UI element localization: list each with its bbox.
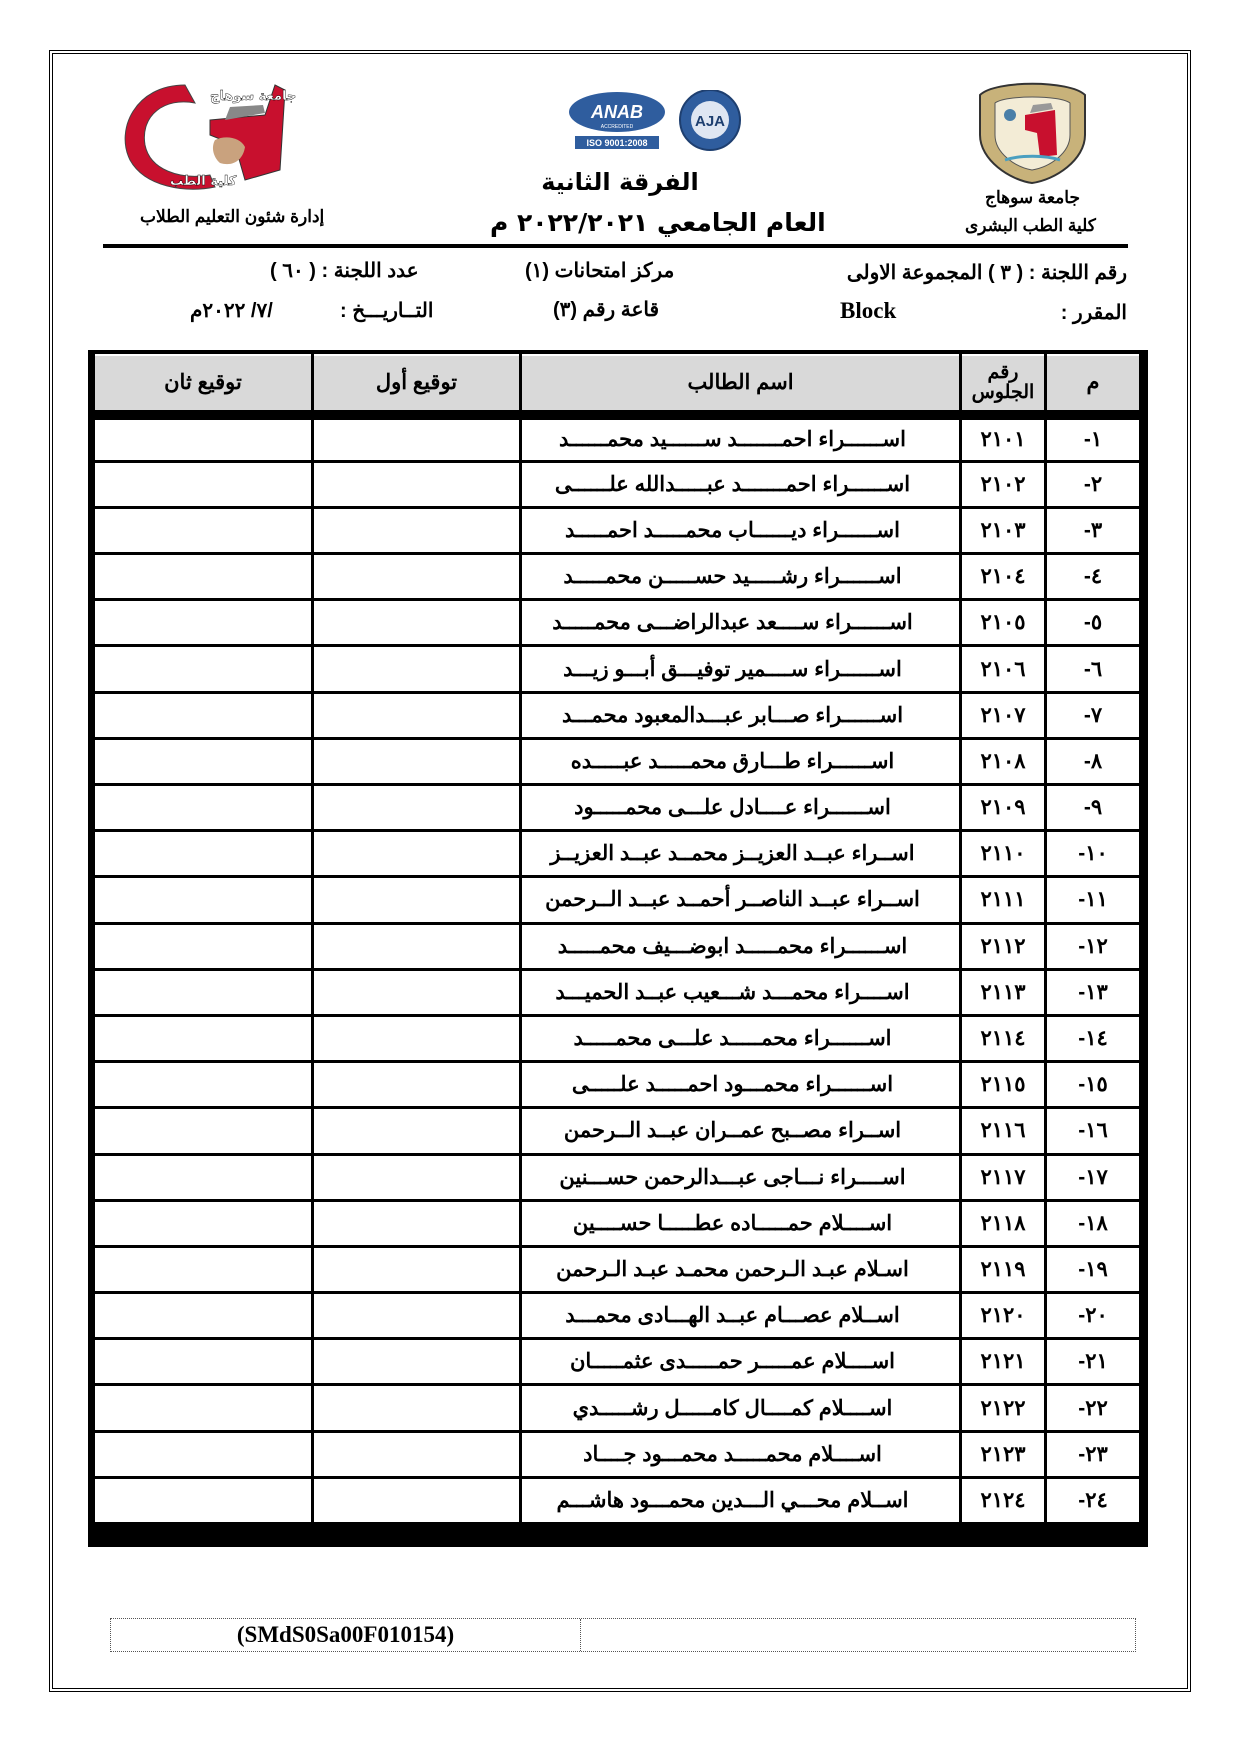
seat-number: ٢١٠٦: [961, 646, 1046, 692]
exam-center: مركز امتحانات (١): [525, 258, 674, 283]
first-signature-cell[interactable]: [313, 923, 521, 969]
seat-number: ٢١١٤: [961, 1015, 1046, 1061]
first-signature-cell[interactable]: [313, 600, 521, 646]
first-signature-cell[interactable]: [313, 461, 521, 507]
student-name: اســراء عبــد الناصــر أحمــد عبــد الــ…: [521, 877, 961, 923]
second-signature-cell[interactable]: [94, 1293, 313, 1339]
table-row: ٢٢-٢١٢٢اســــلام كمــــال كامـــــل رشــ…: [94, 1385, 1141, 1431]
second-signature-cell[interactable]: [94, 1477, 313, 1523]
second-signature-cell[interactable]: [94, 785, 313, 831]
first-signature-cell[interactable]: [313, 646, 521, 692]
row-index: ١٣-: [1046, 969, 1141, 1015]
student-name: اســــــراء صـــابر عبـــدالمعبود محمـــ…: [521, 692, 961, 738]
academic-year: العام الجامعي ٢٠٢٢/٢٠٢١ م: [490, 208, 826, 237]
row-index: ١٨-: [1046, 1200, 1141, 1246]
student-name: اســــــراء ســــمير توفيـــق أبـــو زيـ…: [521, 646, 961, 692]
document-code: (SMdS0Sa00F010154): [111, 1619, 581, 1651]
first-signature-cell[interactable]: [313, 554, 521, 600]
row-index: ١٩-: [1046, 1246, 1141, 1292]
seat-number: ٢١٢٣: [961, 1431, 1046, 1477]
table-row: ٢٠-٢١٢٠اســلام عصـــام عبــد الهـــادى م…: [94, 1293, 1141, 1339]
first-signature-cell[interactable]: [313, 877, 521, 923]
table-row: ٦-٢١٠٦اســــــراء ســــمير توفيـــق أبــ…: [94, 646, 1141, 692]
first-signature-cell[interactable]: [313, 1477, 521, 1523]
first-signature-cell[interactable]: [313, 692, 521, 738]
first-signature-cell[interactable]: [313, 1431, 521, 1477]
row-index: ٢٠-: [1046, 1293, 1141, 1339]
row-index: ١٠-: [1046, 831, 1141, 877]
student-name: اســراء عبــد العزيــز محمــد عبــد العز…: [521, 831, 961, 877]
first-signature-cell[interactable]: [313, 1154, 521, 1200]
seat-number: ٢١٠٨: [961, 738, 1046, 784]
row-index: ٩-: [1046, 785, 1141, 831]
student-name: اســــــراء احمـــــــد ســــــيد محمـــ…: [521, 415, 961, 461]
student-name: اســــــراء ديــــــاب محمـــــد احمــــ…: [521, 507, 961, 553]
row-index: ٤-: [1046, 554, 1141, 600]
department-name: إدارة شئون التعليم الطلاب: [140, 207, 324, 227]
attendance-table-frame: م رقم الجلوس اسم الطالب توقيع أول توقيع …: [88, 350, 1148, 1547]
seat-number: ٢١٢٤: [961, 1477, 1046, 1523]
first-signature-cell[interactable]: [313, 831, 521, 877]
faculty-name: كلية الطب البشرى: [965, 216, 1096, 236]
table-row: ١-٢١٠١اســــــراء احمـــــــد ســــــيد …: [94, 415, 1141, 461]
first-signature-cell[interactable]: [313, 1108, 521, 1154]
student-name: اســــــراء عــــادل علـــى محمـــــود: [521, 785, 961, 831]
seat-number: ٢١١٠: [961, 831, 1046, 877]
student-name: اســــراء نـــاجى عبـــدالرحمن حســـنين: [521, 1154, 961, 1200]
table-row: ٣-٢١٠٣اســــــراء ديــــــاب محمـــــد ا…: [94, 507, 1141, 553]
date-label: التــاريـــخ :: [340, 298, 433, 323]
second-signature-cell[interactable]: [94, 831, 313, 877]
student-name: اســــلام حمـــــاده عطـــــا حســــين: [521, 1200, 961, 1246]
table-header-row: م رقم الجلوس اسم الطالب توقيع أول توقيع …: [94, 355, 1141, 415]
first-signature-cell[interactable]: [313, 507, 521, 553]
row-index: ٢١-: [1046, 1339, 1141, 1385]
student-name: اســــــراء محمـــــد علـــى محمـــــد: [521, 1015, 961, 1061]
university-name: جامعة سوهاج: [985, 188, 1080, 208]
seat-number: ٢١١٥: [961, 1062, 1046, 1108]
row-index: ٢-: [1046, 461, 1141, 507]
second-signature-cell[interactable]: [94, 1246, 313, 1292]
seat-number: ٢١٠٧: [961, 692, 1046, 738]
svg-text:ACCREDITED: ACCREDITED: [601, 124, 634, 130]
row-index: ١٢-: [1046, 923, 1141, 969]
row-index: ٨-: [1046, 738, 1141, 784]
first-signature-cell[interactable]: [313, 1385, 521, 1431]
table-row: ١٣-٢١١٣اســــراء محمـــد شـــعيب عبــد ا…: [94, 969, 1141, 1015]
seat-number: ٢١٢٢: [961, 1385, 1046, 1431]
row-index: ١٤-: [1046, 1015, 1141, 1061]
column-header-seat-number: رقم الجلوس: [961, 355, 1046, 415]
table-row: ٢١-٢١٢١اســــلام عمـــــر حمـــــدى عثمـ…: [94, 1339, 1141, 1385]
seat-number: ٢١٠٩: [961, 785, 1046, 831]
first-signature-cell[interactable]: [313, 1293, 521, 1339]
student-name: اســــــراء محمـــود احمـــــد علـــــى: [521, 1062, 961, 1108]
footer-code-box: (SMdS0Sa00F010154): [110, 1618, 1136, 1652]
table-row: ١١-٢١١١اســراء عبــد الناصــر أحمــد عبـ…: [94, 877, 1141, 923]
row-index: ١٧-: [1046, 1154, 1141, 1200]
table-row: ٤-٢١٠٤اســــــراء رشـــــيد حســـــن محم…: [94, 554, 1141, 600]
second-signature-cell[interactable]: [94, 1385, 313, 1431]
row-index: ٧-: [1046, 692, 1141, 738]
svg-text:جامعة سوهاج: جامعة سوهاج: [210, 89, 296, 104]
svg-text:ANAB: ANAB: [590, 102, 643, 122]
second-signature-cell[interactable]: [94, 923, 313, 969]
row-index: ١٦-: [1046, 1108, 1141, 1154]
student-name: اســــلام محمـــــد محمـــود جــــاد: [521, 1431, 961, 1477]
svg-text:ISO 9001:2008: ISO 9001:2008: [586, 138, 647, 148]
first-signature-cell[interactable]: [313, 415, 521, 461]
seat-number: ٢١٠٢: [961, 461, 1046, 507]
student-name: اســــــراء ســــعد عبدالراضـــى محمــــ…: [521, 600, 961, 646]
date-value: /٧/ ٢٠٢٢م: [190, 298, 273, 323]
first-signature-cell[interactable]: [313, 785, 521, 831]
second-signature-cell[interactable]: [94, 877, 313, 923]
course-label: المقرر :: [1061, 300, 1127, 325]
second-signature-cell[interactable]: [94, 1015, 313, 1061]
second-signature-cell[interactable]: [94, 507, 313, 553]
seat-number: ٢١٠٥: [961, 600, 1046, 646]
header-divider: [103, 244, 1128, 248]
seat-number: ٢١١٦: [961, 1108, 1046, 1154]
svg-text:AJA: AJA: [695, 113, 725, 130]
table-row: ٨-٢١٠٨اســــــراء طـــارق محمـــــد عبــ…: [94, 738, 1141, 784]
first-signature-cell[interactable]: [313, 738, 521, 784]
student-name: اســلام عصـــام عبــد الهـــادى محمـــد: [521, 1293, 961, 1339]
row-index: ٦-: [1046, 646, 1141, 692]
attendance-table: م رقم الجلوس اسم الطالب توقيع أول توقيع …: [92, 354, 1142, 1525]
seat-number: ٢١١٩: [961, 1246, 1046, 1292]
first-signature-cell[interactable]: [313, 1339, 521, 1385]
table-row: ٥-٢١٠٥اســــــراء ســــعد عبدالراضـــى م…: [94, 600, 1141, 646]
table-row: ١٨-٢١١٨اســــلام حمـــــاده عطـــــا حسـ…: [94, 1200, 1141, 1246]
row-index: ٢٤-: [1046, 1477, 1141, 1523]
table-row: ١٢-٢١١٢اســــــراء محمـــــد ابوضـــيف م…: [94, 923, 1141, 969]
student-name: اســلام محـــي الـــدين محمـــود هاشـــم: [521, 1477, 961, 1523]
row-index: ١١-: [1046, 877, 1141, 923]
second-signature-cell[interactable]: [94, 1200, 313, 1246]
committee-count: عدد اللجنة : ( ٦٠ ): [270, 258, 419, 283]
table-row: ٩-٢١٠٩اســــــراء عــــادل علـــى محمـــ…: [94, 785, 1141, 831]
row-index: ٣-: [1046, 507, 1141, 553]
table-row: ٢-٢١٠٢اســــــراء احمـــــــد عبـــــدال…: [94, 461, 1141, 507]
student-name: اســــلام كمــــال كامـــــل رشـــــدي: [521, 1385, 961, 1431]
second-signature-cell[interactable]: [94, 1108, 313, 1154]
seat-number: ٢١١٧: [961, 1154, 1046, 1200]
second-signature-cell[interactable]: [94, 692, 313, 738]
second-signature-cell[interactable]: [94, 461, 313, 507]
row-index: ١٥-: [1046, 1062, 1141, 1108]
seat-number: ٢١١١: [961, 877, 1046, 923]
committee-number: رقم اللجنة : ( ٣ ) المجموعة الاولى: [847, 260, 1127, 285]
second-signature-cell[interactable]: [94, 415, 313, 461]
second-signature-cell[interactable]: [94, 554, 313, 600]
table-row: ١٦-٢١١٦اســراء مصــبح عمــران عبــد الــ…: [94, 1108, 1141, 1154]
seat-number: ٢١٠٣: [961, 507, 1046, 553]
first-signature-cell[interactable]: [313, 1062, 521, 1108]
seat-number: ٢١١٨: [961, 1200, 1046, 1246]
student-name: اســراء مصــبح عمــران عبــد الــرحمن: [521, 1108, 961, 1154]
row-index: ٢٣-: [1046, 1431, 1141, 1477]
second-signature-cell[interactable]: [94, 1154, 313, 1200]
column-header-student-name: اسم الطالب: [521, 355, 961, 415]
first-signature-cell[interactable]: [313, 1246, 521, 1292]
second-signature-cell[interactable]: [94, 600, 313, 646]
seat-number: ٢١٠٤: [961, 554, 1046, 600]
seat-number: ٢١٢٠: [961, 1293, 1046, 1339]
table-row: ١٥-٢١١٥اســــــراء محمـــود احمـــــد عل…: [94, 1062, 1141, 1108]
table-row: ٢٤-٢١٢٤اســلام محـــي الـــدين محمـــود …: [94, 1477, 1141, 1523]
table-row: ٢٣-٢١٢٣اســــلام محمـــــد محمـــود جـــ…: [94, 1431, 1141, 1477]
seat-number: ٢١١٢: [961, 923, 1046, 969]
table-row: ١٩-٢١١٩اسـلام عبـد الـرحمن محمـد عبـد ال…: [94, 1246, 1141, 1292]
second-signature-cell[interactable]: [94, 1431, 313, 1477]
student-name: اسـلام عبـد الـرحمن محمـد عبـد الـرحمن: [521, 1246, 961, 1292]
first-signature-cell[interactable]: [313, 969, 521, 1015]
row-index: ٥-: [1046, 600, 1141, 646]
second-signature-cell[interactable]: [94, 738, 313, 784]
table-row: ١٤-٢١١٤اســــــراء محمـــــد علـــى محمـ…: [94, 1015, 1141, 1061]
student-name: اســــــراء رشـــــيد حســـــن محمـــــد: [521, 554, 961, 600]
second-signature-cell[interactable]: [94, 1339, 313, 1385]
seat-number: ٢١١٣: [961, 969, 1046, 1015]
first-signature-cell[interactable]: [313, 1200, 521, 1246]
second-signature-cell[interactable]: [94, 646, 313, 692]
seat-number: ٢١٠١: [961, 415, 1046, 461]
table-row: ١٠-٢١١٠اســراء عبــد العزيــز محمــد عبـ…: [94, 831, 1141, 877]
row-index: ٢٢-: [1046, 1385, 1141, 1431]
table-row: ٧-٢١٠٧اســــــراء صـــابر عبـــدالمعبود …: [94, 692, 1141, 738]
course-value: Block: [840, 298, 896, 324]
student-name: اســــــراء محمـــــد ابوضـــيف محمـــــ…: [521, 923, 961, 969]
student-name: اســــلام عمـــــر حمـــــدى عثمـــــان: [521, 1339, 961, 1385]
column-header-index: م: [1046, 355, 1141, 415]
student-name: اســــــراء طـــارق محمـــــد عبـــــده: [521, 738, 961, 784]
table-row: ١٧-٢١١٧اســــراء نـــاجى عبـــدالرحمن حس…: [94, 1154, 1141, 1200]
first-signature-cell[interactable]: [313, 1015, 521, 1061]
column-header-first-signature: توقيع أول: [313, 355, 521, 415]
second-signature-cell[interactable]: [94, 969, 313, 1015]
footer-empty-cell: [581, 1619, 1135, 1651]
row-index: ١-: [1046, 415, 1141, 461]
second-signature-cell[interactable]: [94, 1062, 313, 1108]
student-name: اســــراء محمـــد شـــعيب عبــد الحميـــ…: [521, 969, 961, 1015]
hall-number: قاعة رقم (٣): [553, 297, 659, 322]
column-header-second-signature: توقيع ثان: [94, 355, 313, 415]
seat-number: ٢١٢١: [961, 1339, 1046, 1385]
accreditation-logos: ANAB ACCREDITED ISO 9001:2008 AJA: [565, 90, 755, 155]
student-name: اســــــراء احمـــــــد عبـــــدالله علـ…: [521, 461, 961, 507]
